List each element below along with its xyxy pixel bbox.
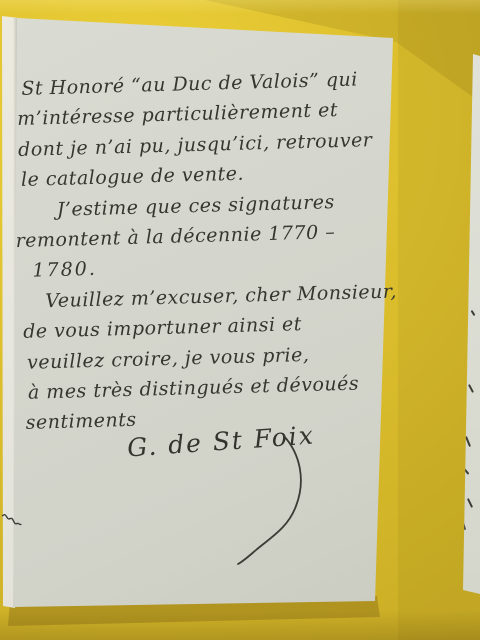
adjacent-page-ink-fragment xyxy=(467,498,473,508)
folder-top-highlight xyxy=(0,0,480,14)
signature-flourish xyxy=(218,432,310,572)
adjacent-page-ink-fragment xyxy=(465,436,471,447)
adjacent-page-ink-fragment xyxy=(471,310,476,316)
folder-bottom-shade xyxy=(0,610,480,640)
letter-body: St Honoré “au Duc de Valois” qui m’intér… xyxy=(16,63,410,438)
photo: St Honoré “au Duc de Valois” qui m’intér… xyxy=(0,0,480,640)
adjacent-page-ink-fragment xyxy=(468,384,474,393)
